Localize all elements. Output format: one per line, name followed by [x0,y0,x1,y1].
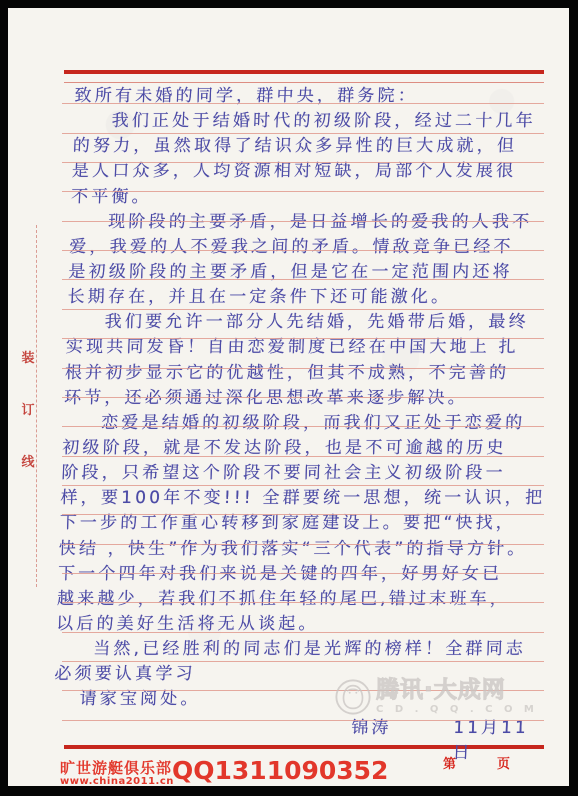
ruled-line [62,191,544,192]
page-number-suffix: 页 [497,753,510,772]
footer-qq-number: QQ1311090352 [172,756,388,785]
ruled-line [62,544,544,545]
ruled-line [62,309,544,310]
letter-line: 恋爱是结婚的初级阶段，而我们又正处于恋爱的 [63,411,546,436]
footer-club: 旷世游艇俱乐部 www.china2011.cn [60,761,174,787]
ruled-line [62,103,544,104]
penguin-circle-icon [334,678,372,716]
ruled-line [62,426,544,427]
ruled-line [62,485,544,486]
ruled-line [62,514,544,515]
letter-line: 根并初步显示它的优越性，但其不成熟，不完善的 [64,361,547,386]
ruled-line [62,661,544,662]
letter-line: 实现共同发昏！自由恋爱制度已经在中国大地上 扎 [65,335,548,360]
letter-line: 样，要100年不变!!! 全群要统一思想，统一认识，把 [60,486,543,511]
ruled-line [62,573,544,574]
binding-label: 装订线 [20,346,36,475]
watermark: 腾讯·大成网 C D . Q Q . C O M [334,678,538,716]
watermark-site-url: C D . Q Q . C O M [376,704,538,715]
letter-line: 是人口众多，人均资源相对短缺，局部个人发展很 [71,159,554,184]
footer-club-url: www.china2011.cn [60,776,174,787]
letter-line: 的努力，虽然取得了结识众多异性的巨大成就，但 [72,134,555,159]
watermark-text: 腾讯·大成网 C D . Q Q . C O M [376,678,538,715]
page-number-prefix: 第 [443,753,456,772]
ruled-line [62,133,544,134]
letter-line: 致所有未婚的同学，群中央，群务院： [74,84,557,109]
letter-paper: 装订线 致所有未婚的同学，群中央，群务院：我们正处于结婚时代的初级阶段，经过二十… [8,8,569,786]
letter-line: 是初级阶段的主要矛盾，但是它在一定范围内还将 [68,260,551,285]
binding-dashed-line [36,225,37,587]
ruled-line [62,279,544,280]
binding-char: 装 [20,346,36,371]
letter-line: 当然,已经胜利的同志们是光辉的榜样！全群同志 [55,637,538,662]
letter-line: 我们要允许一部分人先结婚，先婚带后婚，最终 [66,310,549,335]
letter-line: 初级阶段，就是不发达阶段，也是不可逾越的历史 [62,436,545,461]
letter-line: 环节，还必须通过深化思想改革来逐步解决。 [64,386,547,411]
ruled-line [62,720,544,721]
letter-line: 我们正处于结婚时代的初级阶段，经过二十几年 [73,109,556,134]
top-thin-rule [64,82,544,83]
letter-line: 以后的美好生活将无从谈起。 [56,612,539,637]
scanned-letter: 装订线 致所有未婚的同学，群中央，群务院：我们正处于结婚时代的初级阶段，经过二十… [0,0,578,796]
letter-line: 下一个四年对我们来说是关键的四年，好男好女已 [57,562,540,587]
ruled-line [62,368,544,369]
ruled-line [62,162,544,163]
ruled-line [62,602,544,603]
ruled-line [62,397,544,398]
letter-line: 快结 ，快生”作为我们落实“三个代表”的指导方针。 [58,537,541,562]
footer-club-name: 旷世游艇俱乐部 [60,761,174,776]
letter-line: 爱，我爱的人不爱我之间的矛盾。情敌竞争已经不 [69,235,552,260]
top-thick-rule [64,70,544,74]
letter-line: 长期存在，并且在一定条件下还可能激化。 [67,285,550,310]
ruled-line [62,632,544,633]
letter-line: 越来越少，若我们不抓住年轻的尾巴,错过末班车， [57,587,540,612]
letter-line: 现阶段的主要矛盾，是日益增长的爱我的人我不 [70,210,553,235]
ruled-line [62,250,544,251]
letter-line: 不平衡。 [71,185,554,210]
watermark-site-name: 腾讯·大成网 [376,678,538,702]
letter-line: 阶段，只希望这个阶段不要同社会主义初级阶段一 [61,461,544,486]
ruled-line [62,456,544,457]
binding-char: 订 [20,398,36,423]
binding-char: 线 [20,450,36,475]
ruled-line [62,338,544,339]
signature-name: 锦涛 [351,713,392,738]
letter-body: 致所有未婚的同学，群中央，群务院：我们正处于结婚时代的初级阶段，经过二十几年的努… [53,84,557,713]
ruled-line [62,221,544,222]
